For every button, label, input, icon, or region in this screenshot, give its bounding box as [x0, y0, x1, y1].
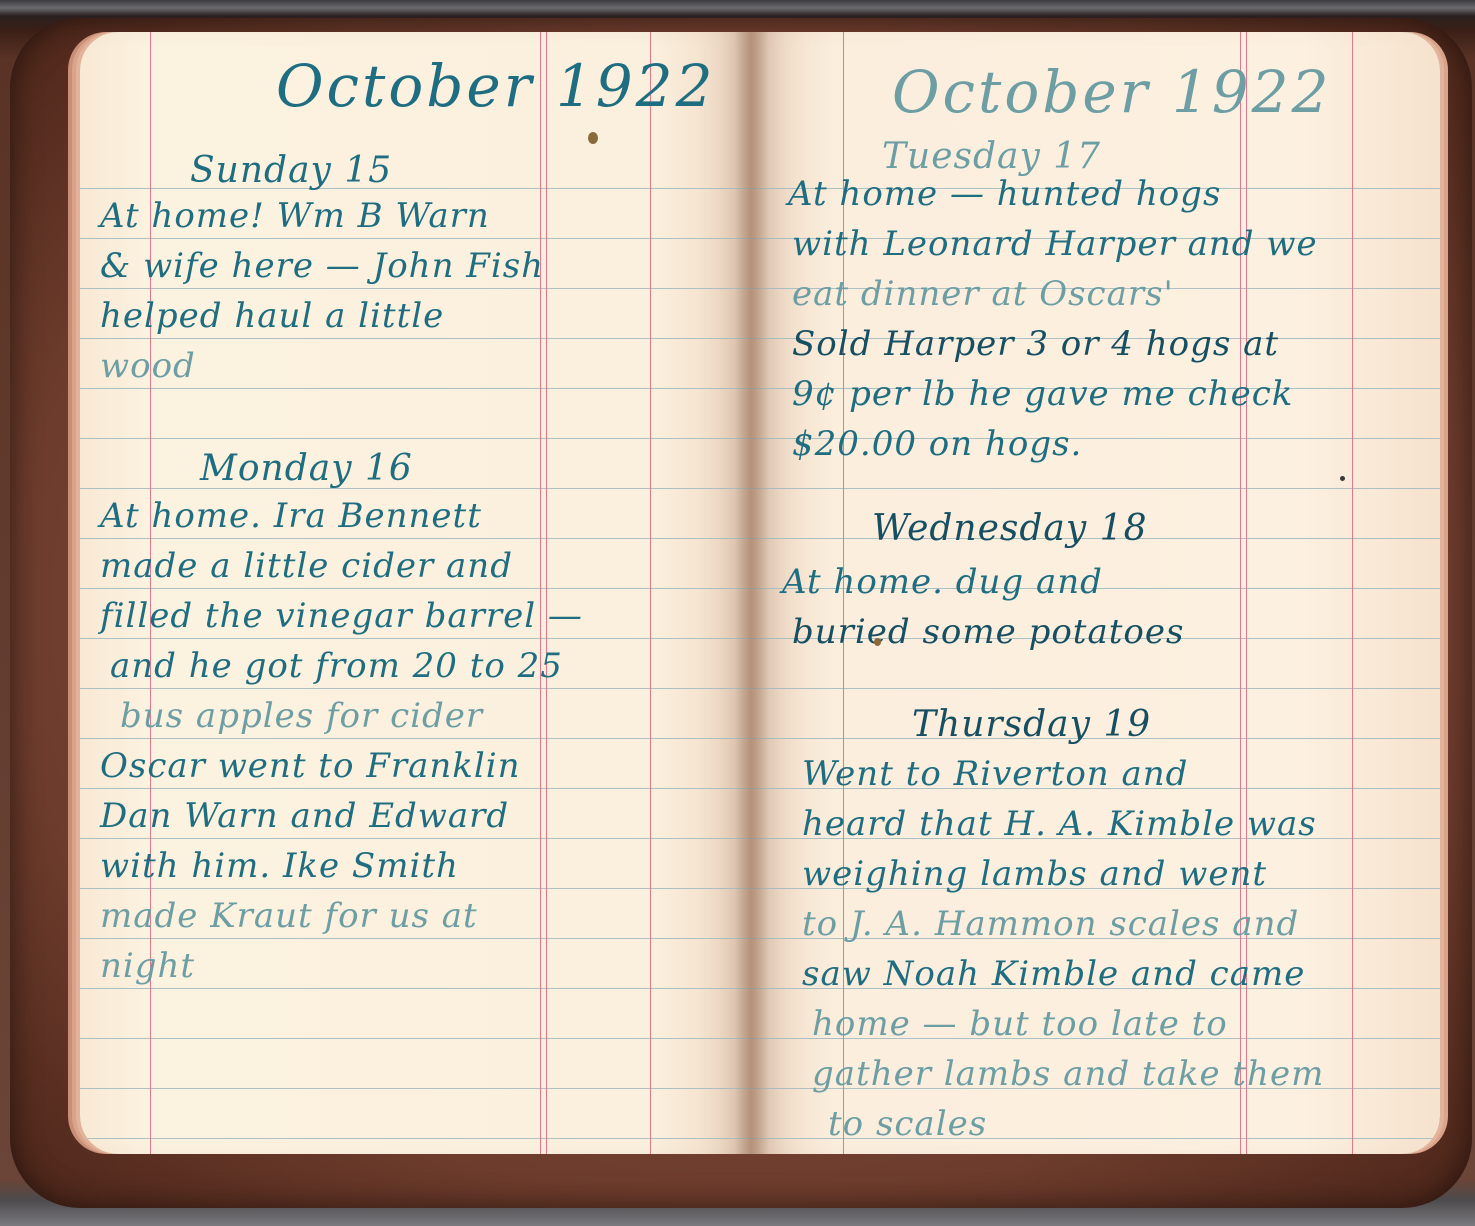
- rule-line: [80, 838, 752, 839]
- entry-day-heading: Thursday 19: [912, 704, 1151, 745]
- entry-line: buried some potatoes: [792, 612, 1184, 652]
- rule-line: [80, 688, 752, 689]
- entry-line: made a little cider and: [100, 546, 513, 586]
- entry-line: with him. Ike Smith: [100, 846, 459, 886]
- rule-line: [752, 688, 1440, 689]
- rule-line: [80, 638, 752, 639]
- rule-line: [80, 1038, 752, 1039]
- rule-line: [80, 238, 752, 239]
- margin-line: [540, 32, 541, 1154]
- entry-line: At home! Wm B Warn: [100, 196, 490, 236]
- entry-line: to scales: [828, 1104, 987, 1144]
- rule-line: [80, 738, 752, 739]
- entry-line: helped haul a little: [100, 296, 444, 336]
- entry-line: Oscar went to Franklin: [100, 746, 521, 786]
- ink-speck: [1340, 476, 1345, 481]
- margin-line: [650, 32, 651, 1154]
- rule-line: [80, 488, 752, 489]
- entry-line: home — but too late to: [812, 1004, 1228, 1044]
- rule-line: [80, 888, 752, 889]
- entry-line: heard that H. A. Kimble was: [802, 804, 1317, 844]
- entry-day-heading: Tuesday 17: [882, 136, 1101, 177]
- rule-line: [80, 438, 752, 439]
- entry-line: bus apples for cider: [120, 696, 483, 736]
- entry-line: gather lambs and take them: [812, 1054, 1324, 1094]
- entry-line: At home. dug and: [782, 562, 1103, 602]
- rule-line: [752, 488, 1440, 489]
- left-page: October 1922 Sunday 15 At home! Wm B War…: [80, 32, 752, 1154]
- entry-line: eat dinner at Oscars': [792, 274, 1174, 314]
- rule-line: [80, 388, 752, 389]
- margin-line: [1352, 32, 1353, 1154]
- right-page: October 1922 Tuesday 17 At home — hunted…: [752, 32, 1440, 1154]
- ink-stain: [874, 638, 881, 646]
- entry-line: to J. A. Hammon scales and: [802, 904, 1299, 944]
- entry-line: 9¢ per lb he gave me check: [792, 374, 1293, 414]
- rule-line: [80, 288, 752, 289]
- entry-line: and he got from 20 to 25: [110, 646, 563, 686]
- entry-line: saw Noah Kimble and came: [802, 954, 1305, 994]
- rule-line: [80, 1138, 752, 1139]
- ink-stain: [588, 132, 598, 144]
- entry-line: made Kraut for us at: [100, 896, 478, 936]
- entry-line: with Leonard Harper and we: [792, 224, 1318, 264]
- page-header: October 1922: [276, 52, 715, 120]
- entry-line: $20.00 on hogs.: [792, 424, 1082, 464]
- rule-line: [80, 988, 752, 989]
- rule-line: [80, 338, 752, 339]
- entry-line: night: [100, 946, 195, 986]
- entry-day-heading: Wednesday 18: [872, 508, 1147, 549]
- rule-line: [80, 1088, 752, 1089]
- entry-line: Went to Riverton and: [802, 754, 1188, 794]
- page-header: October 1922: [892, 58, 1331, 126]
- rule-line: [80, 788, 752, 789]
- margin-line: [546, 32, 547, 1154]
- entry-line: Sold Harper 3 or 4 hogs at: [792, 324, 1279, 364]
- rule-line: [80, 538, 752, 539]
- rule-line: [80, 188, 752, 189]
- rule-line: [80, 588, 752, 589]
- book-gutter: [735, 32, 769, 1154]
- entry-line: Dan Warn and Edward: [100, 796, 509, 836]
- entry-line: At home — hunted hogs: [788, 174, 1221, 214]
- entry-line: filled the vinegar barrel —: [100, 596, 583, 636]
- entry-day-heading: Sunday 15: [190, 150, 392, 191]
- entry-line: & wife here — John Fish: [100, 246, 544, 286]
- entry-line: weighing lambs and went: [802, 854, 1267, 894]
- rule-line: [80, 938, 752, 939]
- entry-line: wood: [100, 346, 196, 386]
- entry-line: At home. Ira Bennett: [100, 496, 482, 536]
- entry-day-heading: Monday 16: [200, 448, 413, 489]
